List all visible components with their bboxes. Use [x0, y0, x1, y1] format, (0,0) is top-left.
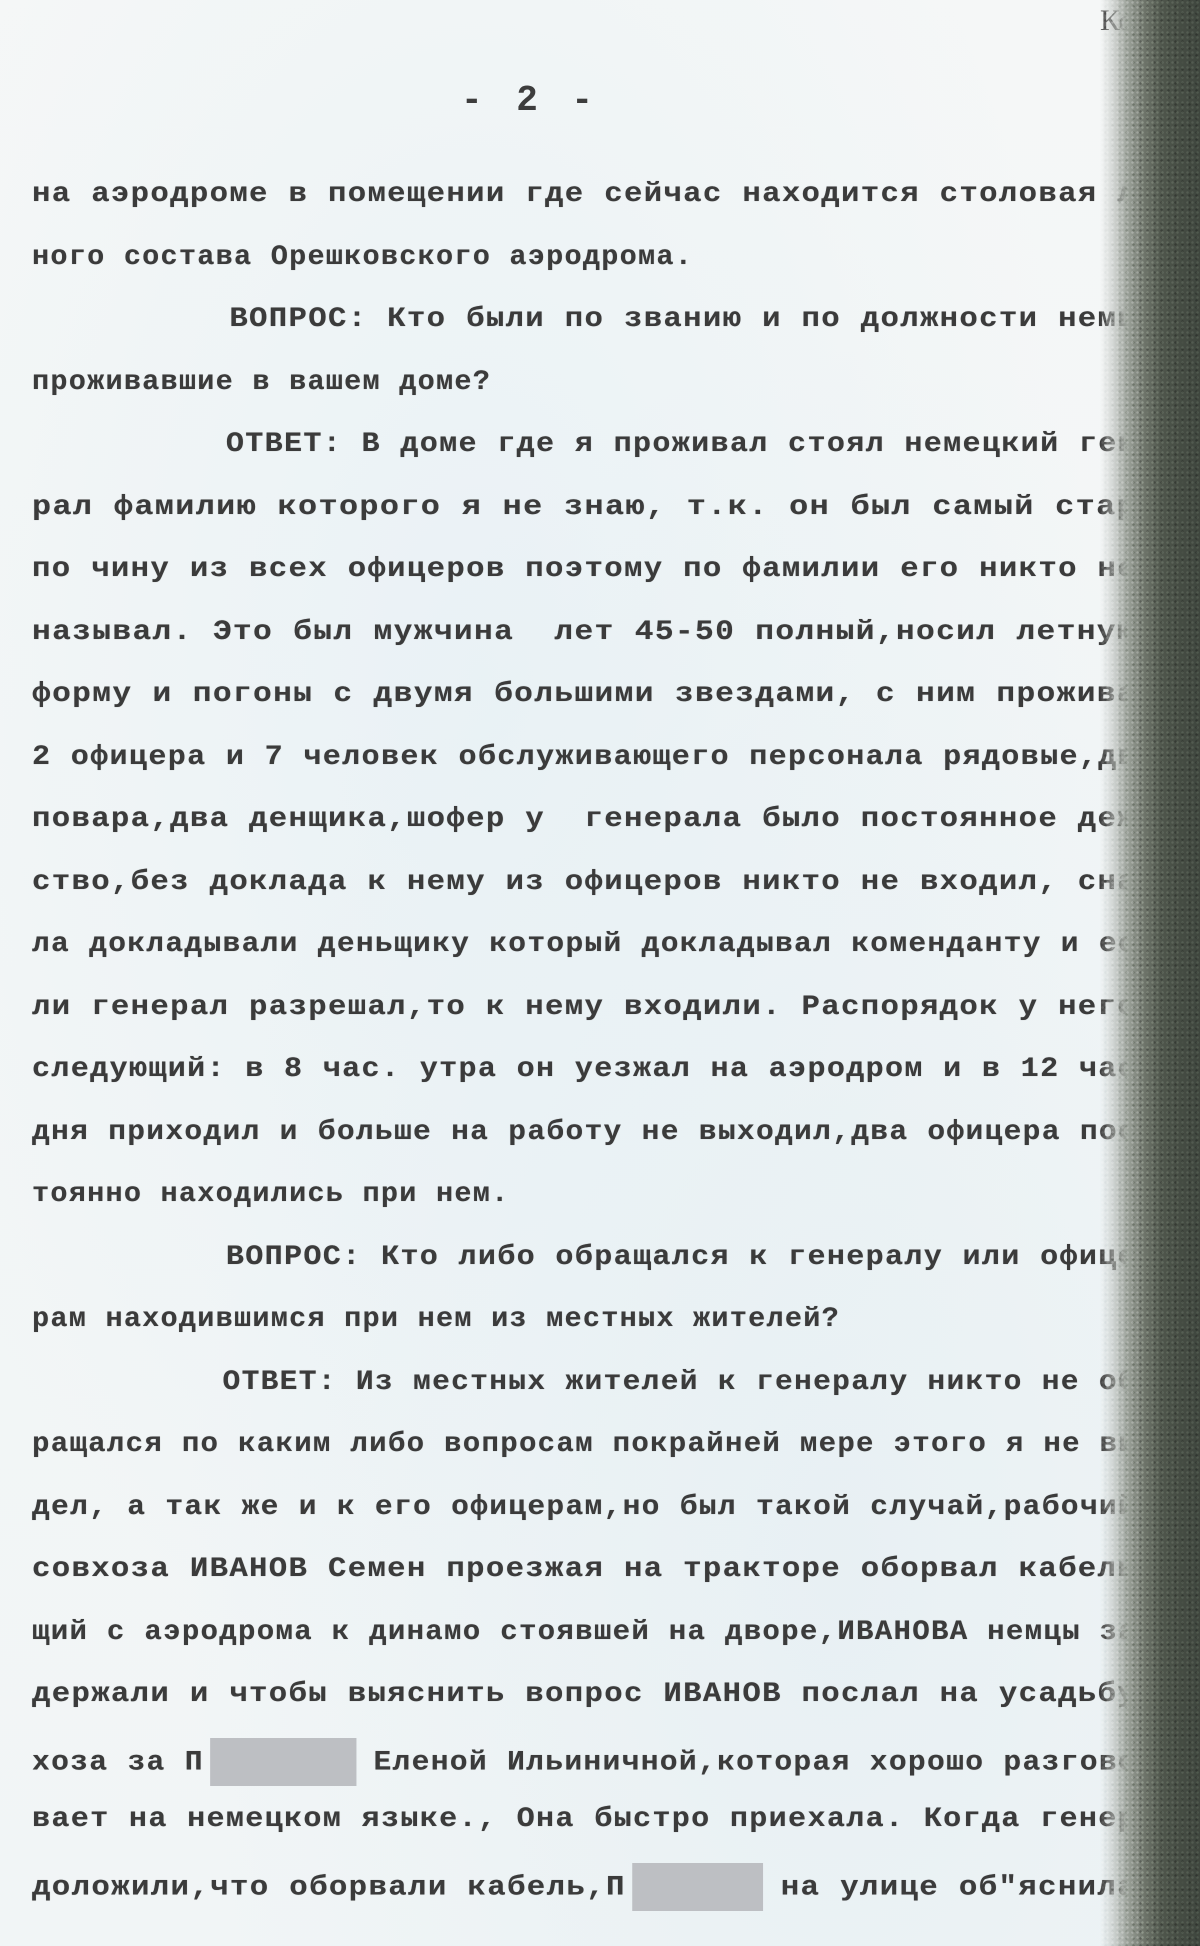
text-segment: Еленой Ильиничной,которая хорошо разгово — [373, 1747, 1137, 1778]
text-line: ращался по каким либо вопросам покрайней… — [32, 1425, 1137, 1465]
text-line: называл. Это был мужчина лет 45-50 полны… — [32, 613, 1137, 653]
text-line: повара,два денщика,шофер у генерала было… — [32, 800, 1137, 840]
text-line: форму и погоны с двумя большими звездами… — [32, 675, 1137, 715]
text-line: дел, а так же и к его офицерам,но был та… — [32, 1488, 1137, 1528]
text-line: держали и чтобы выяснить вопрос ИВАНОВ п… — [32, 1675, 1137, 1715]
text-line: ОТВЕТ: В доме где я проживал стоял немец… — [32, 425, 1137, 465]
redaction-box — [632, 1863, 763, 1911]
text-segment: хоза за П — [32, 1747, 204, 1778]
text-line: рам находившимся при нем из местных жите… — [32, 1300, 840, 1340]
text-line: доложили,что оборвали кабель,Пна улице о… — [32, 1863, 1137, 1911]
text-line: рал фамилию которого я не знаю, т.к. он … — [32, 488, 1137, 528]
paper-background — [0, 0, 1200, 1946]
text-line: ство,без доклада к нему из офицеров никт… — [32, 863, 1137, 903]
redaction-box — [210, 1738, 356, 1786]
text-line: хоза за ПЕленой Ильиничной,которая хорош… — [32, 1738, 1137, 1786]
text-line: на аэродроме в помещении где сейчас нахо… — [32, 175, 1137, 215]
text-line: дня приходил и больше на работу не выход… — [32, 1113, 1137, 1153]
text-line: ного состава Орешковского аэродрома. — [32, 238, 693, 278]
text-line: ОТВЕТ: Из местных жителей к генералу ник… — [32, 1363, 1137, 1403]
text-line: щий с аэродрома к динамо стоявшей на дво… — [32, 1613, 1137, 1653]
text-line: совхоза ИВАНОВ Семен проезжая на трактор… — [32, 1550, 1137, 1590]
scan-edge-shadow — [1100, 0, 1200, 1946]
text-line: по чину из всех офицеров поэтому по фами… — [32, 550, 1137, 590]
text-line: следующий: в 8 час. утра он уезжал на аэ… — [32, 1050, 1137, 1090]
text-line: проживавшие в вашем доме? — [32, 363, 491, 403]
page-number: - 2 - — [0, 80, 1060, 121]
text-segment: на улице об"яснила — [781, 1872, 1137, 1903]
text-line: ВОПРОС: Кто были по званию и по должност… — [32, 300, 1137, 340]
text-line: тоянно находились при нем. — [32, 1175, 509, 1215]
text-line: ла докладывали деньщику который докладыв… — [32, 925, 1137, 965]
text-line: вает на немецком языке., Она быстро прие… — [32, 1800, 1137, 1840]
text-segment: доложили,что оборвали кабель,П — [32, 1872, 626, 1903]
text-line: ВОПРОС: Кто либо обращался к генералу ил… — [32, 1238, 1137, 1278]
text-line: ли генерал разрешал,то к нему входили. Р… — [32, 988, 1137, 1028]
text-line: 2 офицера и 7 человек обслуживающего пер… — [32, 738, 1137, 778]
